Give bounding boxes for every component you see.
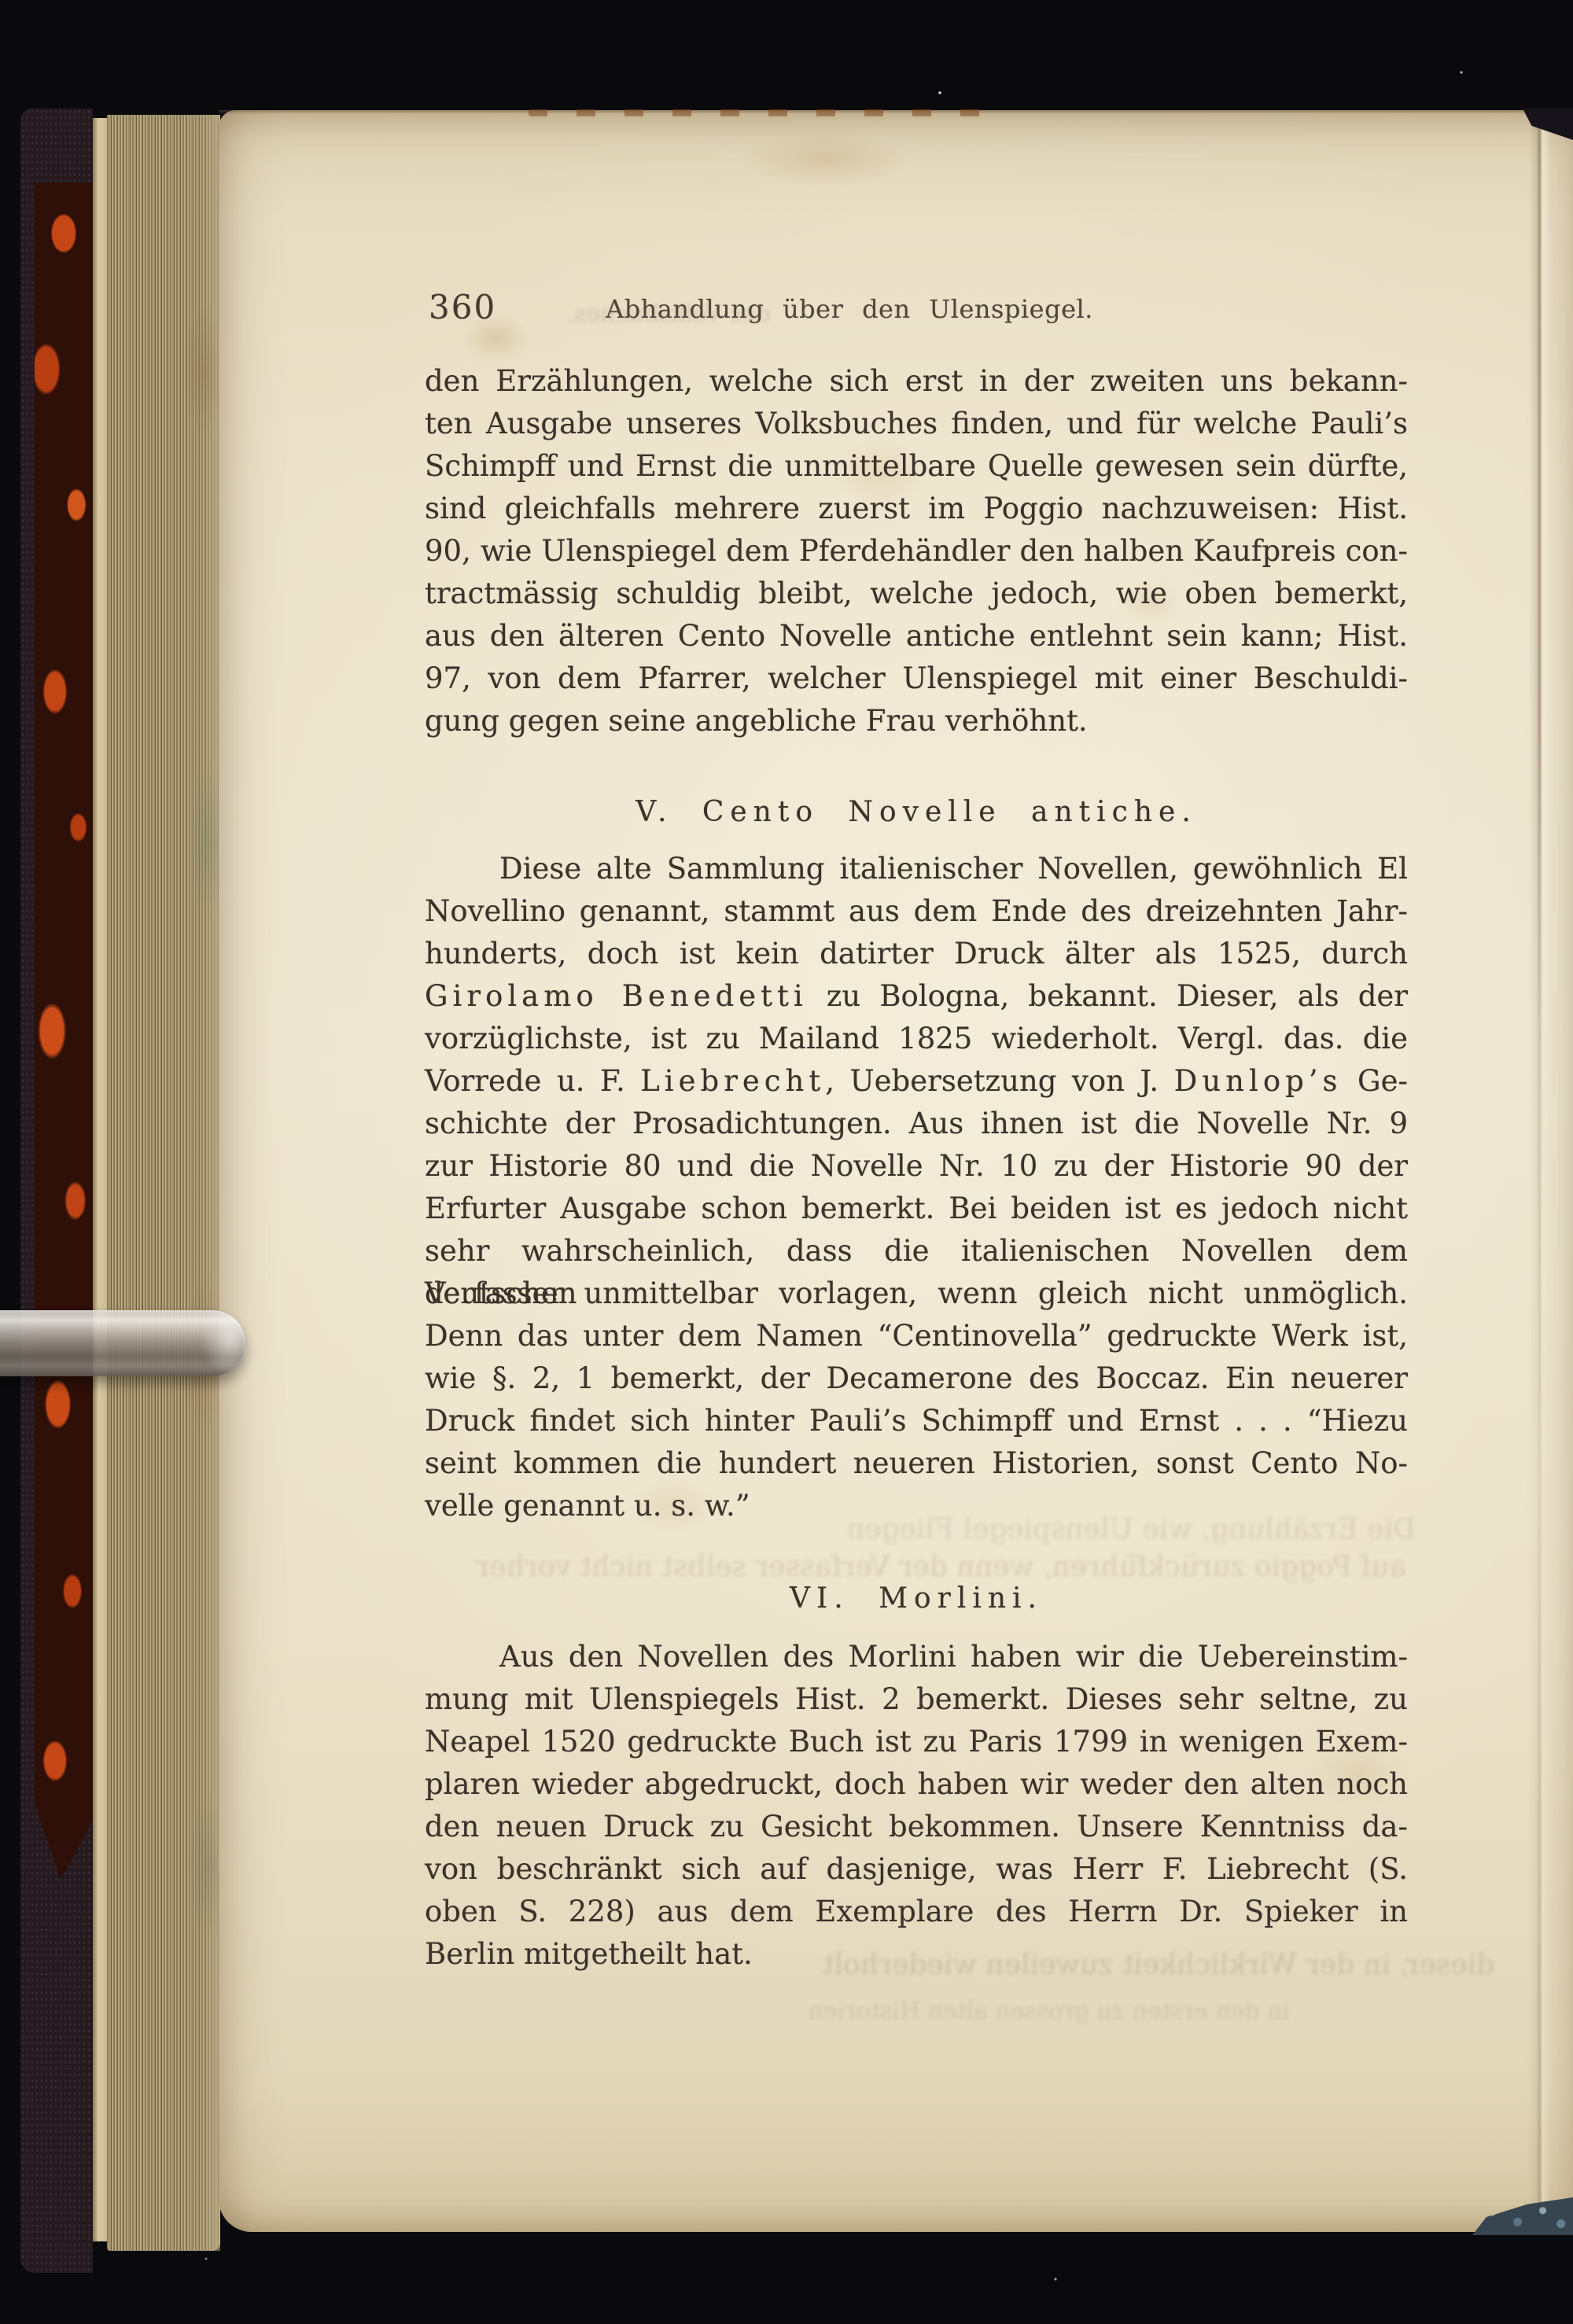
text-line: Druck findet sich hinter Pauli’s Schimpf…: [425, 1400, 1408, 1442]
page-top-edge-wear: [529, 109, 985, 116]
marbled-cover-paper-edge: [35, 182, 93, 1880]
text-line: den Erzählungen, welche sich erst in der…: [425, 360, 1408, 403]
text-line: 97, von dem Pfarrer, welcher Ulenspiegel…: [425, 657, 1408, 700]
text-line: 90, wie Ulenspiegel dem Pferdehändler de…: [425, 530, 1408, 573]
text-line: von beschränkt sich auf dasjenige, was H…: [425, 1848, 1408, 1891]
text-line: Girolamo Benedetti zu Bologna, bekannt. …: [425, 975, 1408, 1018]
text-line: ten Ausgabe unseres Volksbuches finden, …: [425, 403, 1408, 445]
text-line: sind gleichfalls mehrere zuerst im Poggi…: [425, 488, 1408, 530]
text-line: Denn das unter dem Namen “Centinovella” …: [425, 1315, 1408, 1357]
letterspaced-text: Liebrecht: [640, 1064, 825, 1098]
fore-edge-marbling: [178, 115, 220, 2251]
text-line: aus den älteren Cento Novelle antiche en…: [425, 615, 1408, 657]
text-line: Berlin mitgetheilt hat.: [425, 1933, 1408, 1976]
paragraph: den Erzählungen, welche sich erst in der…: [425, 360, 1408, 742]
text-segment: Ge-: [1343, 1064, 1408, 1098]
text-line: Diese alte Sammlung italienischer Novell…: [425, 848, 1408, 890]
letterspaced-text: Dunlop’s: [1174, 1064, 1343, 1098]
scanned-book-photo: des Volksbuches. Die Erzählung, wie Ulen…: [0, 0, 1573, 2324]
text-line: vorzüglichste, ist zu Mailand 1825 wiede…: [425, 1018, 1408, 1060]
text-line: wie §. 2, 1 bemerkt, der Decamerone des …: [425, 1357, 1408, 1400]
paragraph: Diese alte Sammlung italienischer Novell…: [425, 848, 1408, 1527]
text-line: schichte der Prosadichtungen. Aus ihnen …: [425, 1103, 1408, 1145]
text-line: Schimpff und Ernst die unmittelbare Quel…: [425, 445, 1408, 488]
text-line: Vorrede u. F. Liebrecht, Uebersetzung vo…: [425, 1060, 1408, 1103]
text-line: gung gegen seine angebliche Frau verhöhn…: [425, 700, 1408, 742]
text-segment: zu Bologna, bekannt. Dieser, als der: [808, 979, 1408, 1013]
text-line: Novellino genannt, stammt aus dem Ende d…: [425, 890, 1408, 933]
text-line: velle genannt u. s. w.”: [425, 1485, 1408, 1527]
paragraph: Aus den Novellen des Morlini haben wir d…: [425, 1636, 1408, 1976]
section-heading: VI. Morlini.: [425, 1582, 1408, 1615]
text-line: den neuen Druck zu Gesicht bekommen. Uns…: [425, 1806, 1408, 1848]
gutter-crease: [1529, 118, 1551, 2226]
text-line: seint kommen die hundert neueren Histori…: [425, 1442, 1408, 1485]
text-line: zur Historie 80 und die Novelle Nr. 10 z…: [425, 1145, 1408, 1188]
text-line: Neapel 1520 gedruckte Buch ist zu Paris …: [425, 1721, 1408, 1763]
bleedthrough-text: in den ersten zu grossen alten Historien: [456, 1998, 1290, 2025]
text-line: sehr wahrscheinlich, dass die italienisc…: [425, 1230, 1408, 1272]
text-line: oben S. 228) aus dem Exemplare des Herrn…: [425, 1891, 1408, 1933]
text-line: Verfasser unmittelbar vorlagen, wenn gle…: [425, 1272, 1408, 1315]
text-line: plaren wieder abgedruckt, doch haben wir…: [425, 1763, 1408, 1806]
section-heading: V. Cento Novelle antiche.: [425, 796, 1408, 828]
running-head: Abhandlung über den Ulenspiegel.: [425, 294, 1408, 324]
text-line: Erfurter Ausgabe schon bemerkt. Bei beid…: [425, 1188, 1408, 1230]
text-line: hunderts, doch ist kein datirter Druck ä…: [425, 933, 1408, 975]
text-segment: Vorrede u. F.: [425, 1064, 640, 1098]
text-line: Aus den Novellen des Morlini haben wir d…: [425, 1636, 1408, 1678]
page-edge-highlight: [93, 118, 107, 2241]
glass-rod-page-weight: [0, 1310, 245, 1376]
bleedthrough-text: auf Poggio zurückführen, wenn der Verfas…: [431, 1551, 1406, 1583]
letterspaced-text: Girolamo Benedetti: [425, 979, 808, 1013]
text-line: mung mit Ulenspiegels Hist. 2 bemerkt. D…: [425, 1678, 1408, 1721]
text-segment: , Uebersetzung von J.: [825, 1064, 1173, 1098]
text-line: tractmässig schuldig bleibt, welche jedo…: [425, 573, 1408, 615]
